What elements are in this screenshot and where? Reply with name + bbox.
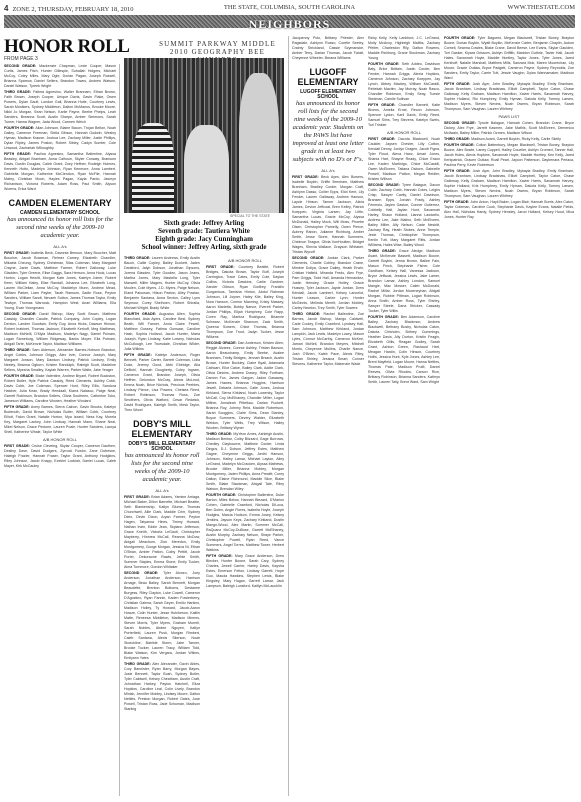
grade-list: FOURTH GRADE: Seth Addeo, Davidson Baty,…: [368, 62, 440, 102]
grade-list: THIRD GRADE: Fatima Agnesino, Walter Bra…: [4, 90, 116, 125]
grade-list: THIRD GRADE: Sam Alderson, Alexander Bar…: [4, 348, 116, 373]
names: Tyree Balague, Dacon Cobb, Zachary Cobb,…: [368, 183, 440, 247]
grade-list: FOURTH GRADE: Allan Johnson, Blaine Baco…: [4, 126, 116, 151]
grade-list: FIRST GRADE: Isabella Beck, Davonta Bens…: [4, 251, 116, 311]
camden-heading: CAMDEN ELEMENTARY: [4, 198, 116, 208]
grade-label: SECOND GRADE:: [124, 571, 158, 575]
caption-line: Seventh grade: Tautiera White: [124, 227, 284, 235]
grade-list: FIRST GRADE: Dacota Blackwell, Noah Caul…: [368, 137, 440, 182]
names: Fatima Agnesino, Walter Brannam, Ethan B…: [4, 90, 116, 124]
grade-label: FOURTH GRADE:: [4, 374, 34, 378]
photo-student-left: [132, 123, 174, 213]
column-6: FOURTH GRADE: Tyler Baguest, Megan Black…: [444, 36, 574, 221]
names: Beck Ayes, Alex Bowers, Isabelle Boykin,…: [292, 175, 364, 254]
column-1: SECOND GRADE: Mackenzie Chapman, Lexie C…: [4, 64, 116, 470]
names: Avery Barnes, Sierra Calnon, Gavin Brook…: [4, 405, 116, 434]
grade-list: THIRD GRADE: Grace Aledge, Madison Avant…: [368, 249, 440, 314]
grade-list: FIFTH GRADE: Katelyn Anderson, Roger Ben…: [124, 353, 200, 413]
dobys-school-name: DOBY'S MILL ELEMENTARY SCHOOL: [124, 442, 200, 452]
dobys-heading-line-2: ELEMENTARY: [124, 429, 200, 439]
grade-list: SECOND GRADE: Mackenzie Chapman, Lexie C…: [4, 64, 116, 89]
names: Madison Avant, Garrett Boykin, Ricky Kel…: [471, 137, 561, 141]
grade-label: FOURTH GRADE:: [368, 62, 399, 66]
grade-label: FOURTH GRADE:: [4, 126, 34, 130]
grade-list: FOURTH GRADE: Blake Valentine, Andrew Br…: [4, 374, 116, 404]
grade-list: THIRD GRADE: Alex Alexander, Gavin Ables…: [124, 662, 200, 712]
names: Lauren Andrews, Emily Austin Bauch, Call…: [124, 256, 200, 310]
folio-line: 4ZONE 2, THURSDAY, FEBRUARY 18, 2010 THE…: [4, 4, 575, 14]
names: Tyler Baguest, Megan Blackwell, Tristan …: [444, 36, 574, 80]
grade-list: FIRST GRADE: Cruise Cleveing, Skylar Coo…: [4, 444, 116, 469]
grade-list: SECOND GRADE: Dan Anderson, Kristen Alle…: [206, 341, 284, 431]
grade-label: THIRD GRADE:: [124, 256, 150, 260]
grade-label: FIFTH GRADE:: [444, 82, 470, 86]
grade-label: SECOND GRADE:: [292, 256, 324, 260]
section-banner: NEIGHBORS: [4, 15, 575, 28]
grade-list: FIFTH GRADE: Avery Barnes, Sierra Calnon…: [4, 405, 116, 435]
geography-bee-photo: [124, 58, 284, 213]
names: Brian Adams, Yamine Arriaga, Michael Bak…: [124, 495, 200, 569]
grade-list: FIFTH GRADE: Josh Ayer, John Bradley, My…: [444, 169, 574, 199]
names: Katelyn Anderson, Roger Bennett, Parker …: [124, 353, 200, 412]
grade-label: THIRD GRADE:: [4, 348, 31, 352]
grade-label: THIRD GRADE:: [206, 432, 232, 436]
all-as-label: ALL A's: [4, 244, 116, 249]
grade-label: SECOND GRADE:: [368, 183, 400, 187]
names: Courtney Beattie, Robert Bridges, Dakota…: [206, 265, 284, 339]
column-divider: [119, 64, 120, 796]
all-as-label: ALL A's: [292, 168, 364, 173]
names: Josh Ayer, John Bradley, Mykayla Bradley…: [444, 82, 574, 111]
names: MyYeon Ames, Ashleigh Austin, Madison Be…: [206, 432, 284, 491]
grade-label: THIRD GRADE:: [124, 662, 151, 666]
grade-list: SECOND GRADE: Jordan Clark, Parker Cleme…: [292, 256, 364, 311]
ab-honor-roll-label: A/B HONOR ROLL: [4, 437, 116, 442]
names: Alex Alexander, Gavin Ables, Cory Bannis…: [124, 662, 200, 711]
grade-label: FIFTH GRADE:: [444, 169, 470, 173]
photo-credit: SPECIAL TO THE STATE: [230, 214, 270, 218]
grade-list: SECOND GRADE: Tyler Alonzo, Joey Anderso…: [124, 571, 200, 661]
grade-label: FIRST GRADE:: [368, 137, 395, 141]
lead-names: Ricky Kelly, Kelly Lankford, J.C. LeGran…: [368, 36, 440, 61]
dobys-mill-heading: DOBY'S MILL ELEMENTARY: [124, 419, 200, 439]
dobys-intro: has announced its honor roll lists for t…: [124, 452, 200, 484]
photo-student-center: [184, 125, 229, 213]
grade-label: FOURTH GRADE:: [124, 312, 156, 316]
grade-label: FOURTH GRADE:: [368, 315, 399, 319]
grade-list: FIFTH GRADE: Mary Grace Anderson, Drew B…: [206, 554, 284, 589]
names: Ben Adamson, Caroline Bailey, Zachary Bl…: [368, 315, 440, 384]
column-4: Jacquenny Polo, Brittany Priester, Alex …: [292, 36, 364, 368]
column-divider: [288, 36, 289, 796]
lead-names: Jacquenny Polo, Brittany Priester, Alex …: [292, 36, 364, 61]
names: Josh Ayer, John Bradley, Mykayla Bradley…: [444, 169, 574, 198]
lugoff-heading: LUGOFF ELEMENTARY: [292, 67, 364, 87]
grade-label: THIRD GRADE:: [444, 137, 470, 141]
names: Mary Grace Anderson, Drew Blecker, Hunte…: [206, 554, 284, 588]
ab-honor-roll-label: A/B HONOR ROLL: [368, 130, 440, 135]
ab-honor-roll-label: A/B HONOR ROLL: [206, 258, 284, 263]
grade-label: SECOND GRADE:: [206, 341, 237, 345]
grade-list: FOURTH GRADE: Augustus Allen, Sophia Bla…: [124, 312, 200, 352]
grade-label: FIRST GRADE:: [4, 251, 30, 255]
caption-line: Eighth grade: Jacy Cunningham: [124, 235, 284, 243]
grade-list: THIRD GRADE: Madison Avant, Garrett Boyk…: [444, 137, 574, 142]
grade-label: SECOND GRADE:: [444, 121, 476, 125]
grade-label: FIFTH GRADE:: [206, 554, 233, 558]
grade-list: FIRST GRADE: Brian Adams, Yamine Arriaga…: [124, 495, 200, 570]
geography-title-line-1: SUMMIT PARKWAY MIDDLE: [150, 40, 285, 48]
dobys-heading-line-1: DOBY'S MILL: [124, 419, 200, 429]
grade-label: FIFTH GRADE:: [4, 152, 31, 156]
grade-list: FOURTH GRADE: Christopher Ballentine, Du…: [206, 493, 284, 553]
grade-label: FOURTH GRADE:: [444, 36, 475, 40]
lugoff-school-name: LUGOFF ELEMENTARY SCHOOL: [292, 90, 364, 100]
grade-label: FIRST GRADE:: [124, 495, 150, 499]
names: David Bishop, Mary Scott Brown, Matthew …: [4, 312, 116, 346]
grade-list: FIRST GRADE: Beck Ayes, Alex Bowers, Isa…: [292, 175, 364, 255]
grade-label: SECOND GRADE:: [4, 64, 36, 68]
grade-list: FOURTH GRADE: Tyler Baguest, Megan Black…: [444, 36, 574, 81]
grade-list: FOURTH GRADE: Ben Adamson, Caroline Bail…: [368, 315, 440, 385]
camden-intro: has announced its honor roll lists for t…: [4, 216, 116, 240]
page-title: HONOR ROLL: [4, 36, 129, 58]
folio-website: WWW.THESTATE.COM: [508, 4, 575, 11]
grade-list: THIRD GRADE: MyYeon Ames, Ashleigh Austi…: [206, 432, 284, 492]
grade-label: FIRST GRADE:: [4, 444, 30, 448]
grade-label: FIFTH GRADE:: [124, 353, 152, 357]
grade-list: SECOND GRADE: Tynole Balague, Hannah Coh…: [444, 121, 574, 136]
grade-list: FIFTH GRADE: Chandler Barnett, Katie Biv…: [368, 103, 440, 128]
grade-label: SECOND GRADE:: [4, 312, 36, 316]
names: Isabella Beck, Davonta Benson, Mary Bouc…: [4, 251, 116, 310]
grade-label: THIRD GRADE:: [292, 312, 320, 316]
paws-list-label: PAWS LIST: [444, 114, 574, 119]
column-2: THIRD GRADE: Lauren Andrews, Emily Austi…: [124, 256, 200, 713]
names: Dan Anderson, Kristen Allen, Reggie Alva…: [206, 341, 284, 430]
grade-list: FIFTH GRADE: Josh Ayer, John Bradley, My…: [444, 82, 574, 112]
grade-label: FOURTH GRADE:: [444, 143, 475, 147]
grade-label: FIFTH GRADE:: [4, 405, 30, 409]
grade-list: SECOND GRADE: Tyree Balague, Dacon Cobb,…: [368, 183, 440, 248]
section-title: NEIGHBORS: [249, 17, 331, 31]
column-5: Ricky Kelly, Kelly Lankford, J.C. LeGran…: [368, 36, 440, 386]
names: Paulina Agnesino, Samantha Ballentine, A…: [4, 152, 116, 191]
jump-line: FROM PAGE 3: [4, 56, 38, 62]
grade-label: FIFTH GRADE:: [368, 103, 395, 107]
grade-label: FOURTH GRADE:: [206, 493, 236, 497]
grade-label: FIFTH GRADE:: [444, 200, 469, 204]
grade-label: FIRST GRADE:: [292, 175, 319, 179]
all-as-label: ALL A's: [124, 488, 200, 493]
grade-list: SECOND GRADE: David Bishop, Mary Scott B…: [4, 312, 116, 347]
grade-label: THIRD GRADE:: [368, 249, 396, 253]
lugoff-intro: has announced its honor roll lists for t…: [292, 100, 364, 164]
photo-student-right: [239, 73, 279, 213]
names: Seth Addeo, Davidson Baty, Brice Brittai…: [368, 62, 440, 101]
grade-list: FIFTH GRADE: John Anton, Hayli Baker, Lo…: [444, 200, 574, 220]
photo-caption: Sixth grade: Jeffrey Arling Seventh grad…: [124, 219, 284, 251]
names: Augustus Allen, Sophia Blanchard, Asia A…: [124, 312, 200, 351]
grade-label: FIRST GRADE:: [206, 265, 235, 269]
names: Dacota Blackwell, Noah Caulder, Jaysen C…: [368, 137, 440, 181]
column-3: A/B HONOR ROLL FIRST GRADE: Courtney Bea…: [206, 256, 284, 590]
grade-list: FOURTH GRADE: Colton Battenbury, Megan B…: [444, 143, 574, 168]
grade-label: THIRD GRADE:: [4, 90, 31, 94]
caption-line: School winner: Jeffrey Arling, sixth gra…: [124, 243, 284, 251]
names: Grace Aledge, Madison Avant, McKenzie Ba…: [368, 249, 440, 313]
grade-list: THIRD GRADE: Lauren Andrews, Emily Austi…: [124, 256, 200, 311]
names: Rachel Ballentine, Zoe Barnes, Jacob Bis…: [292, 312, 364, 366]
grade-list: FIRST GRADE: Courtney Beattie, Robert Br…: [206, 265, 284, 340]
names: Tyler Alonzo, Joey Anderson, Jonathan An…: [124, 571, 200, 660]
grade-list: FIFTH GRADE: Paulina Agnesino, Samantha …: [4, 152, 116, 192]
folio-publication: THE STATE, COLUMBIA, SOUTH CAROLINA: [4, 4, 575, 11]
names: Christopher Ballentine, Duke Barton, Mil…: [206, 493, 284, 552]
names: Blake Valentine, Andrew Bryant, Robert B…: [4, 374, 116, 403]
grade-list: THIRD GRADE: Rachel Ballentine, Zoe Barn…: [292, 312, 364, 367]
names: Jordan Clark, Parker Clements, Charlie C…: [292, 256, 364, 310]
caption-line: Sixth grade: Jeffrey Arling: [124, 219, 284, 227]
